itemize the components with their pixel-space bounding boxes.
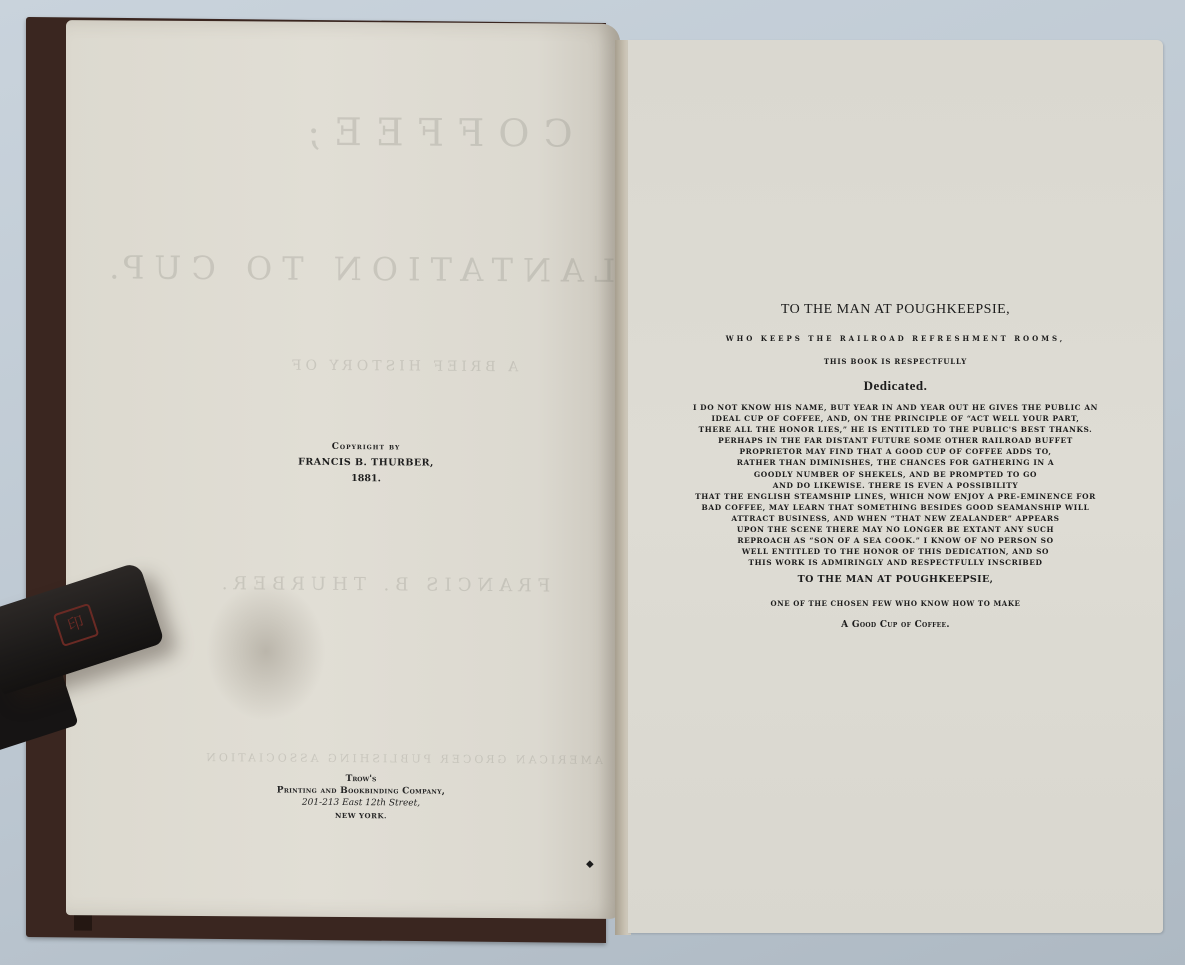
copyright-block: Copyright by FRANCIS B. THURBER, 1881. xyxy=(266,441,466,484)
body-line: WELL ENTITLED TO THE HONOR OF THIS DEDIC… xyxy=(628,546,1163,557)
closing-cup: A Good Cup of Coffee. xyxy=(628,620,1163,630)
dedication-subtitle2: THIS BOOK IS RESPECTFULLY xyxy=(628,357,1163,366)
show-through-subtitle: PLANTATION TO CUP. xyxy=(96,248,650,290)
body-line: RATHER THAN DIMINISHES, THE CHANCES FOR … xyxy=(628,457,1163,468)
body-line: I DO NOT KNOW HIS NAME, BUT YEAR IN AND … xyxy=(628,402,1163,413)
closing-title: TO THE MAN AT POUGHKEEPSIE, xyxy=(628,574,1163,585)
printer-line1: Trow's xyxy=(236,773,486,785)
body-line: REPROACH AS “SON OF A SEA COOK.” I KNOW … xyxy=(628,535,1163,546)
body-line: IDEAL CUP OF COFFEE, AND, ON THE PRINCIP… xyxy=(628,413,1163,424)
body-line: ATTRACT BUSINESS, AND WHEN “THAT NEW ZEA… xyxy=(628,513,1163,524)
printer-line2: Printing and Bookbinding Company, xyxy=(236,785,486,797)
copyright-label: Copyright by xyxy=(266,441,466,452)
copyright-year: 1881. xyxy=(266,472,466,484)
body-line: THIS WORK IS ADMIRINGLY AND RESPECTFULLY… xyxy=(628,557,1163,568)
copyright-name: FRANCIS B. THURBER, xyxy=(266,456,466,468)
show-through-publisher: AMERICAN GROCER PUBLISHING ASSOCIATION xyxy=(126,750,680,767)
show-through-line3: A BRIEF HISTORY OF xyxy=(126,356,680,376)
show-through-author: FRANCIS B. THURBER. xyxy=(106,572,660,597)
body-line: THAT THE ENGLISH STEAMSHIP LINES, WHICH … xyxy=(628,491,1163,502)
body-line: PROPRIETOR MAY FIND THAT A GOOD CUP OF C… xyxy=(628,446,1163,457)
left-page: COFFEE; PLANTATION TO CUP. A BRIEF HISTO… xyxy=(66,20,620,919)
body-line: GOODLY NUMBER OF SHEKELS, AND BE PROMPTE… xyxy=(628,469,1163,480)
bookmark-shadow xyxy=(206,581,326,722)
ink-spot: ◆ xyxy=(586,859,594,870)
dedication-subtitle: WHO KEEPS THE RAILROAD REFRESHMENT ROOMS… xyxy=(628,334,1163,343)
dedication-title: TO THE MAN AT POUGHKEEPSIE, xyxy=(628,302,1163,318)
red-seal-icon: 印 xyxy=(53,603,100,647)
printer-line3: 201-213 East 12th Street, xyxy=(236,797,486,809)
dedication-block: TO THE MAN AT POUGHKEEPSIE, WHO KEEPS TH… xyxy=(628,302,1163,630)
dedication-body: I DO NOT KNOW HIS NAME, BUT YEAR IN AND … xyxy=(628,402,1163,568)
right-page: TO THE MAN AT POUGHKEEPSIE, WHO KEEPS TH… xyxy=(628,40,1163,933)
closing-line: ONE OF THE CHOSEN FEW WHO KNOW HOW TO MA… xyxy=(628,599,1163,608)
body-line: UPON THE SCENE THERE MAY NO LONGER BE EX… xyxy=(628,524,1163,535)
body-line: BAD COFFEE, MAY LEARN THAT SOMETHING BES… xyxy=(628,502,1163,513)
body-line: THERE ALL THE HONOR LIES,” HE IS ENTITLE… xyxy=(628,424,1163,435)
printer-imprint: Trow's Printing and Bookbinding Company,… xyxy=(236,773,486,821)
printer-line4: NEW YORK. xyxy=(236,810,486,821)
dedicated-heading: Dedicated. xyxy=(628,378,1163,394)
body-line: AND DO LIKEWISE. THERE IS EVEN A POSSIBI… xyxy=(628,480,1163,491)
body-line: PERHAPS IN THE FAR DISTANT FUTURE SOME O… xyxy=(628,435,1163,446)
